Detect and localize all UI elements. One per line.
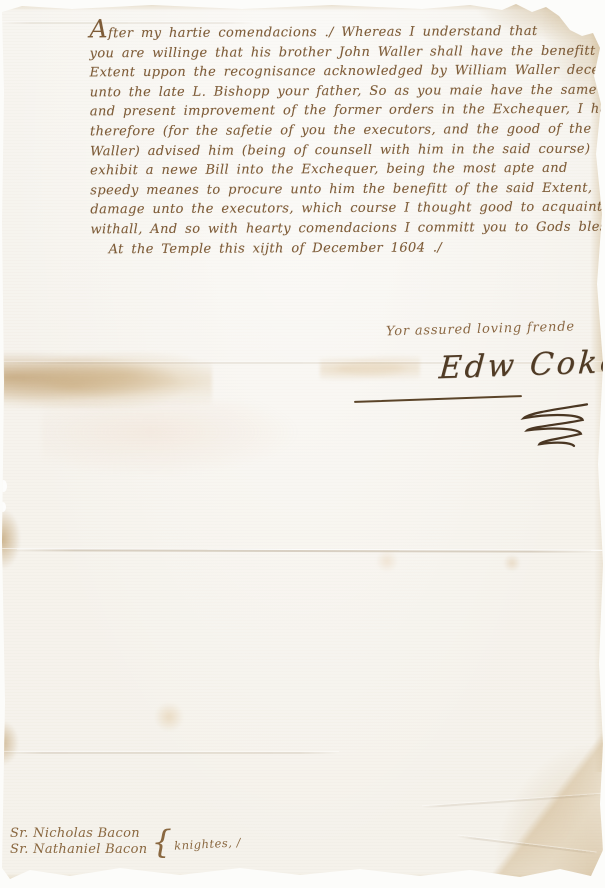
fold-crease <box>422 794 602 809</box>
fold-crease <box>2 549 603 553</box>
stain-blot <box>0 508 21 570</box>
closing-salutation: Yor assured loving frende <box>386 320 566 340</box>
handwritten-line: Extent uppon the recognisance acknowledg… <box>90 61 598 83</box>
manuscript-paper-sheet: After my hartie comendacions ./ Whereas … <box>2 2 603 884</box>
addressee-name: Sr. Nathaniel Bacon <box>10 842 147 858</box>
scan-background: { "page": { "background_color": "#fcfcfa… <box>0 0 605 888</box>
handwritten-line: withall, And so with hearty comendacions… <box>90 218 598 240</box>
handwritten-line: exhibit a newe Bill into the Exchequer, … <box>90 159 598 181</box>
handwritten-line: At the Temple this xijth of December 160… <box>109 237 599 259</box>
fold-crease <box>457 835 596 854</box>
signature-paraph-flourish-icon <box>500 400 596 452</box>
handwritten-line: and present improvement of the former or… <box>90 100 598 122</box>
addressee-brace-glyph: { <box>151 826 171 858</box>
stain-blot <box>320 354 420 384</box>
handwritten-line: therefore (for the safetie of you the ex… <box>90 120 598 142</box>
handwritten-line: Waller) advised him (being of counsell w… <box>90 139 598 161</box>
stain-blot <box>42 400 312 480</box>
stain-blot <box>2 352 212 408</box>
addressee-note-knights: knightes, / <box>174 835 241 852</box>
paper-edge-notch <box>0 480 7 492</box>
letter-body-paragraph: After my hartie comendacions ./ Whereas … <box>89 17 598 260</box>
stain-blot <box>152 702 186 732</box>
stain-blot <box>502 554 522 572</box>
fold-crease <box>2 752 339 754</box>
footer-addressee-block: Sr. Nicholas Bacon Sr. Nathaniel Bacon {… <box>10 826 241 858</box>
signature-underline-stroke <box>354 395 522 403</box>
handwritten-line: unto the late L. Bishopp your father, So… <box>90 80 598 102</box>
paper-edge-notch <box>0 502 6 512</box>
paper-edge-wear-bottom <box>2 873 603 884</box>
handwritten-line: After my hartie comendacions ./ Whereas … <box>89 17 597 44</box>
handwritten-line: you are willinge that his brother John W… <box>90 41 598 63</box>
signature-edw-coke: Edw Coke <box>438 344 605 386</box>
handwritten-line: speedy meanes to procure unto him the be… <box>90 178 598 200</box>
stain-blot <box>0 720 19 766</box>
stain-blot <box>374 550 400 572</box>
paper-edge-wear-top <box>2 2 603 11</box>
addressee-names: Sr. Nicholas Bacon Sr. Nathaniel Bacon <box>10 826 147 858</box>
addressee-name: Sr. Nicholas Bacon <box>10 826 147 842</box>
handwritten-line: damage unto the executors, which course … <box>90 198 598 220</box>
paper-corner-tear-bottom-right <box>478 724 603 884</box>
